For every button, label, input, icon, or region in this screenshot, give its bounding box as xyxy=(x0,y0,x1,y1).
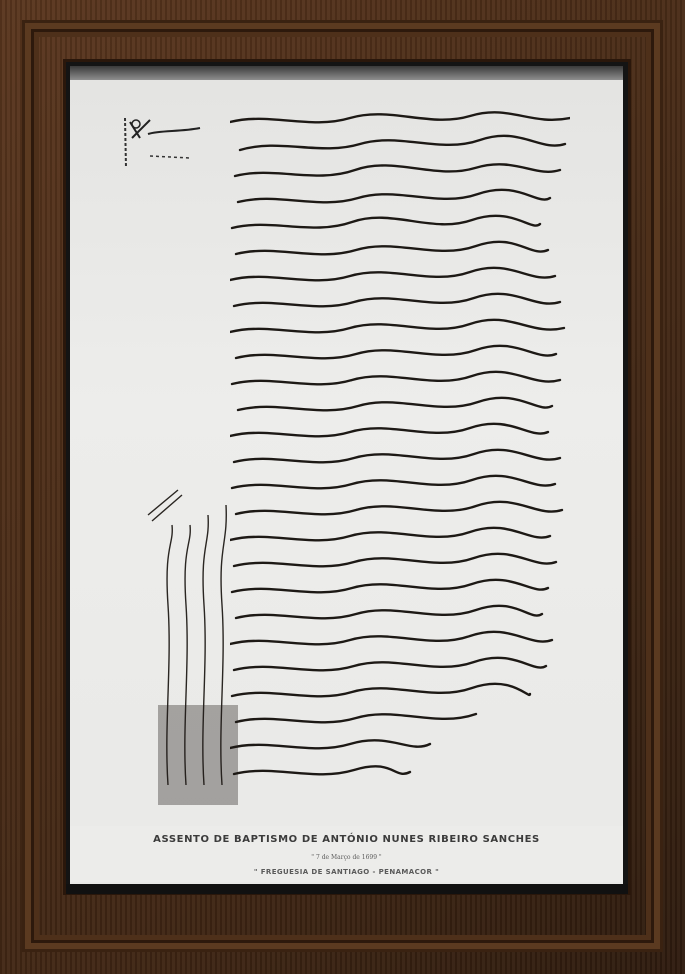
caption-title: Assento de Baptismo de António Nunes Rib… xyxy=(70,834,623,845)
handwritten-baptism-record xyxy=(120,100,590,825)
main-text-block xyxy=(230,110,570,800)
top-left-marginal-note xyxy=(120,108,230,178)
frame-inner-bottom-edge xyxy=(66,884,628,894)
left-marginal-annotation xyxy=(138,485,238,805)
caption-date: " 7 de Março de 1699 " xyxy=(70,854,623,861)
caption-parish: " Freguesia de Santiago - Penamacor " xyxy=(70,868,623,876)
caption-plate: Assento de Baptismo de António Nunes Rib… xyxy=(70,826,623,882)
